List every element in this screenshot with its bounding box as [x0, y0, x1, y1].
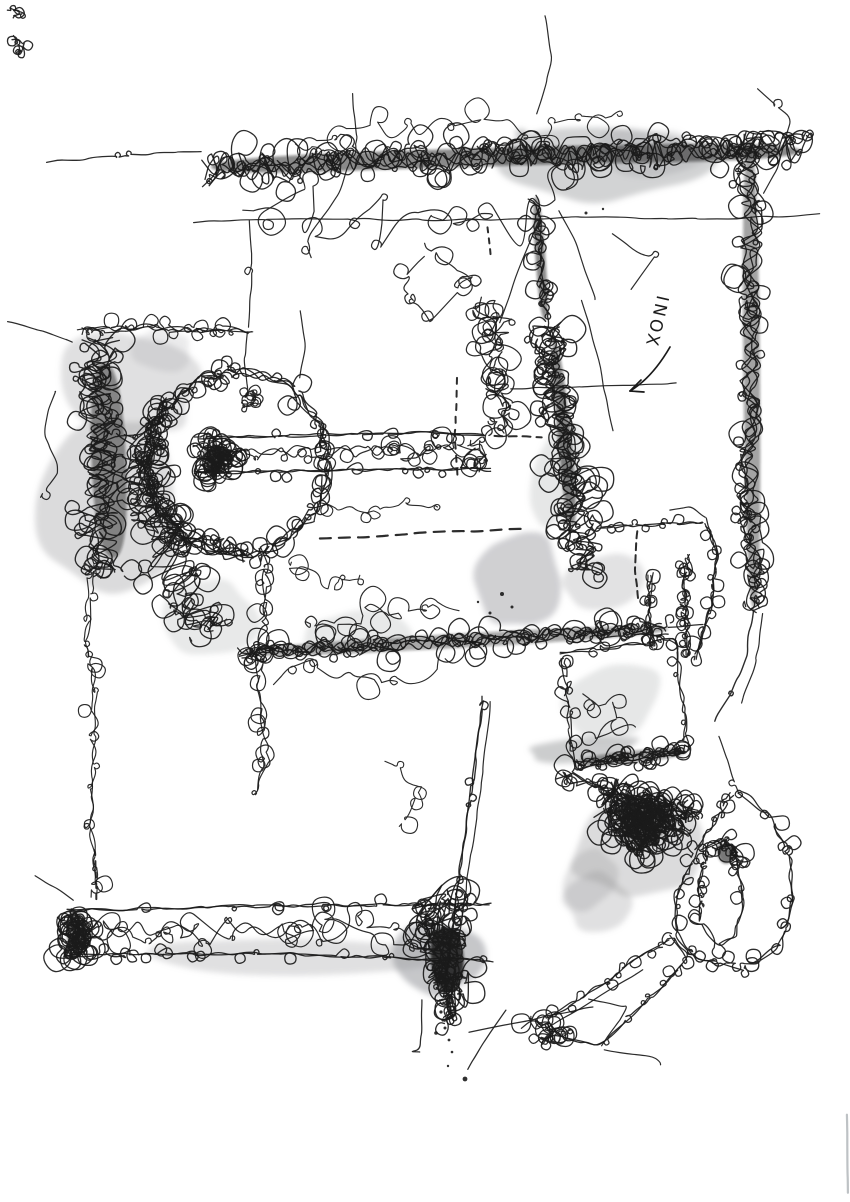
ink-spatter-dot — [463, 1077, 468, 1082]
sketch-page: INOX — [0, 0, 850, 1202]
ink-spatter-dot — [441, 1018, 444, 1021]
ink-spatter-dot — [451, 1051, 454, 1054]
ink-spatter-dot — [448, 1039, 451, 1042]
sketch-canvas — [0, 0, 850, 1202]
ink-spatter-dot — [447, 1065, 449, 1067]
ink-spatter-dot — [602, 208, 604, 210]
ink-spatter-dot — [511, 606, 514, 609]
ink-spatter-dot — [477, 601, 479, 603]
ink-spatter-dot — [585, 212, 588, 215]
ink-spatter-dot — [500, 592, 504, 596]
ink-spatter-dot — [444, 1027, 447, 1030]
right-edge-artifact — [847, 1115, 848, 1193]
ink-spatter-dot — [489, 612, 492, 615]
ink-spatter-dot — [439, 1010, 442, 1013]
ink-spatter-dot — [434, 1031, 438, 1035]
